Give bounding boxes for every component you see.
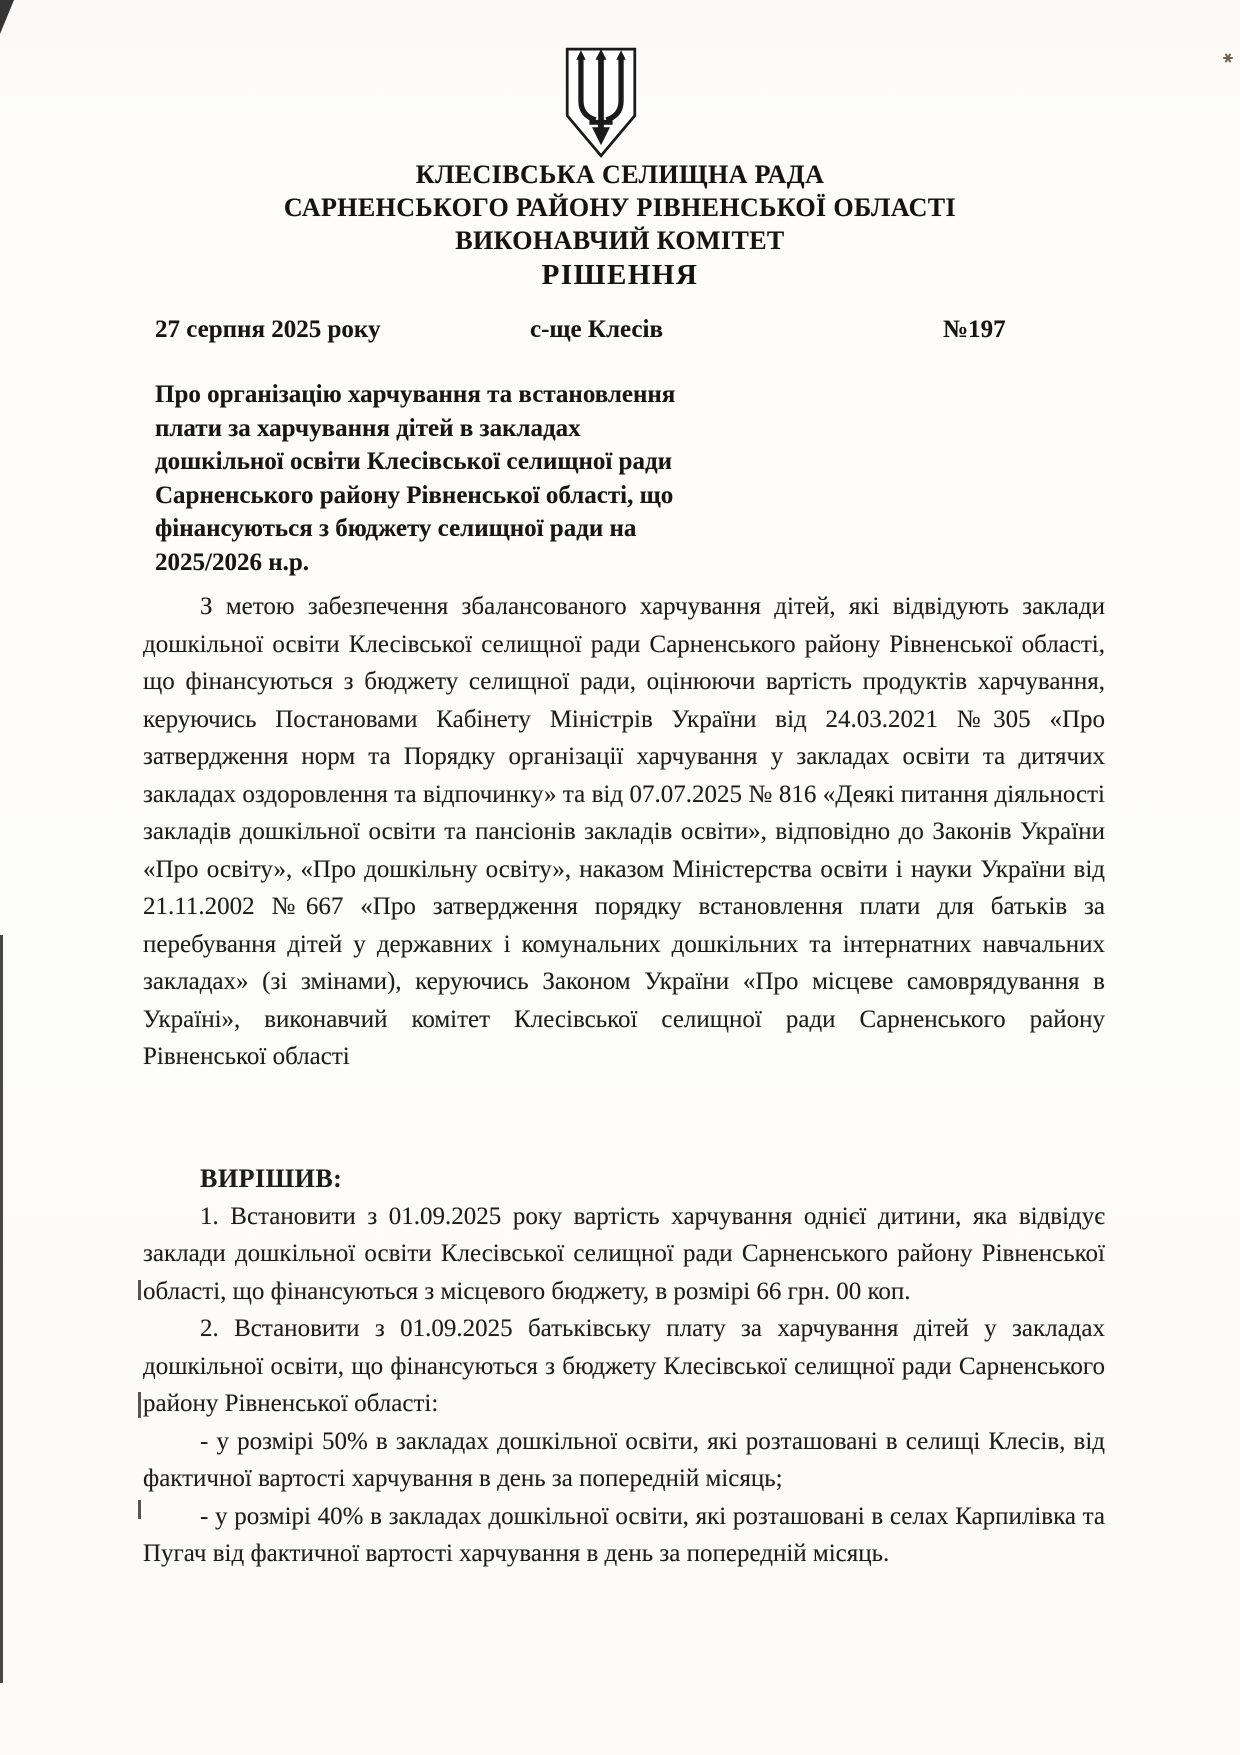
trident-icon xyxy=(562,46,640,160)
preamble-section: З метою забезпечення збалансованого харч… xyxy=(143,588,1105,1076)
resolution-item-1: 1. Встановити з 01.09.2025 року вартість… xyxy=(143,1198,1105,1311)
preamble-paragraph: З метою забезпечення збалансованого харч… xyxy=(143,588,1105,1076)
scan-margin-dash xyxy=(138,1280,141,1300)
resolved-heading: ВИРІШИВ: xyxy=(143,1160,1105,1198)
scan-margin-dash xyxy=(138,1392,141,1418)
resolution-bullet-40-percent: - у розмірі 40% в закладах дошкільної ос… xyxy=(143,1498,1105,1573)
scan-speck xyxy=(1222,52,1234,64)
org-name-line2: САРНЕНСЬКОГО РАЙОНУ РІВНЕНСЬКОЇ ОБЛАСТІ xyxy=(0,191,1240,224)
resolution-section: ВИРІШИВ: 1. Встановити з 01.09.2025 року… xyxy=(143,1160,1105,1573)
resolution-item-2: 2. Встановити з 01.09.2025 батьківську п… xyxy=(143,1310,1105,1423)
document-meta-row: 27 серпня 2025 року с-ще Клесів №197 xyxy=(0,316,1240,350)
scanned-document-page: КЛЕСІВСЬКА СЕЛИЩНА РАДА САРНЕНСЬКОГО РАЙ… xyxy=(0,0,1240,1755)
document-header: КЛЕСІВСЬКА СЕЛИЩНА РАДА САРНЕНСЬКОГО РАЙ… xyxy=(0,158,1240,293)
resolution-bullet-50-percent: - у розмірі 50% в закладах дошкільної ос… xyxy=(143,1423,1105,1498)
org-name-line3: ВИКОНАВЧИЙ КОМІТЕТ xyxy=(0,224,1240,257)
document-place: с-ще Клесів xyxy=(530,316,663,344)
org-name-line1: КЛЕСІВСЬКА СЕЛИЩНА РАДА xyxy=(0,158,1240,191)
trident-emblem-icon xyxy=(562,46,640,160)
document-number: №197 xyxy=(943,316,1006,344)
document-type-title: РІШЕННЯ xyxy=(0,258,1240,293)
document-date: 27 серпня 2025 року xyxy=(155,316,380,344)
scan-corner-mark xyxy=(0,0,14,34)
document-subject: Про організацію харчування та встановлен… xyxy=(155,378,707,579)
scan-margin-dash xyxy=(138,1500,141,1519)
scan-edge-line xyxy=(0,935,3,1683)
